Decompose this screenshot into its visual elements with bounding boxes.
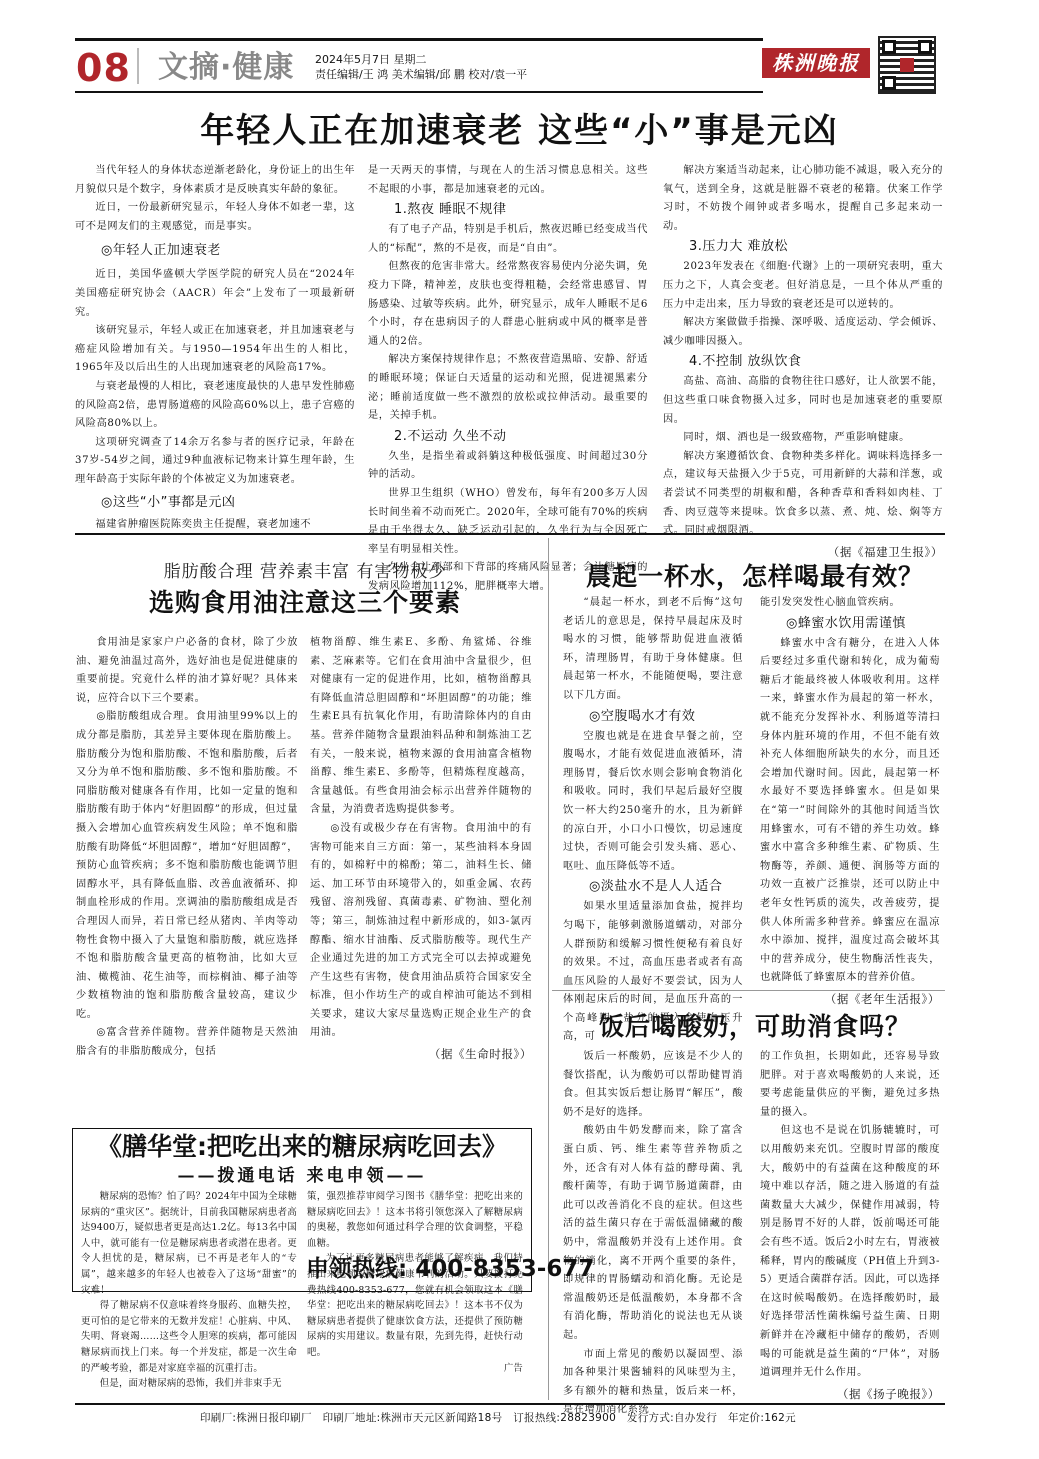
paragraph: 世界卫生组织（WHO）曾发布，每年有200多万人因长时间坐着不动而死亡。2020… (368, 485, 648, 559)
page-number: 08 (76, 44, 131, 92)
paragraph: 但这也不是说在饥肠辘辘时，可以用酸奶来充饥。空腹时胃部的酸度大，酸奶中的有益菌在… (760, 1122, 940, 1382)
newspaper-logo: 株洲晚报 (762, 48, 870, 78)
article-1-column-1: 当代年轻人的身体状态逆渐老龄化，身份证上的出生年月貌似只是个数字，身体素质才是反… (75, 162, 355, 534)
subheading: ◎空腹喝水才有效 (563, 706, 743, 728)
article-1-column-3: 解决方案适当动起来，让心肺功能不减退，吸入充分的氧气，送到全身，这就是脏器不衰老… (663, 162, 943, 563)
article-1-column-2: 是一天两天的事情，与现在人的生活习惯息息相关。这些不起眼的小事，都是加速衰老的元… (368, 162, 648, 596)
paragraph: 解决方案遵循饮食、食物种类多样化。调味料选择多一点，建议每天盐摄入少于5克，可用… (663, 448, 943, 541)
paragraph: ◎富含营养伴随物。营养伴随物是天然油脂含有的非脂肪酸成分，包括 (76, 1024, 298, 1061)
section-divider (552, 990, 945, 991)
paragraph: “晨起一杯水，到老不后悔”这句老话儿的意思是，保持早晨起床及时喝水的习惯，能够帮… (563, 594, 743, 706)
paragraph: 解决方案做做手指操、深呼吸、适度运动、学会倾诉、减少咖啡因摄入。 (663, 314, 943, 351)
subheading: 3.压力大 难放松 (663, 236, 943, 258)
masthead-meta: 2024年5月7日 星期二 责任编辑/王 鸿 美术编辑/邱 鹏 校对/袁一平 (315, 52, 527, 82)
ad-column-1: 糖尿病的恐怖？怕了吗？2024年中国为全球糖尿病的“重灾区”。据统计，目前我国糖… (81, 1189, 297, 1392)
subheading: 2.不运动 久坐不动 (368, 426, 648, 448)
article-source: （据《老年生活报》） (760, 988, 940, 1010)
paragraph: 这项研究调查了14余万名参与者的医疗记录，年龄在37岁-54岁之间，通过9种血液… (75, 434, 355, 490)
subheading: ◎淡盐水不是人人适合 (563, 876, 743, 898)
paragraph: 同时，烟、酒也是一级致癌物，严重影响健康。 (663, 429, 943, 448)
article-source: （据《扬子晚报》） (760, 1383, 940, 1405)
paragraph: 解决方案保持规律作息；不熬夜营造黑暗、安静、舒适的睡眠环境；保证白天适量的运动和… (368, 351, 648, 425)
paragraph: 饭后一杯酸奶，应该是不少人的餐饮搭配，认为酸奶可以帮助健胃消食。但其实饭后想让肠… (563, 1048, 743, 1122)
subheading: 1.熬夜 睡眠不规律 (368, 199, 648, 221)
article-3-column-2: 能引发突发性心脑血管疾病。 ◎蜂蜜水饮用需谨慎 蜂蜜水中含有糖分，在进入人体后要… (760, 594, 940, 1010)
hotline-number[interactable]: 申领热线: 400-8353-677 (306, 1252, 528, 1286)
article-2-kicker: 脂肪酸合理 营养素丰富 有害物极少 (75, 560, 535, 584)
paragraph: 食用油是家家户户必备的食材，除了少放油、避免油温过高外，选好油也是促进健康的重要… (76, 634, 298, 708)
paragraph: 但是，面对糖尿病的恐怖，我们并非束手无 (81, 1376, 297, 1392)
paragraph: 福建省肿瘤医院陈奕贵主任提醒，衰老加速不 (75, 516, 355, 535)
paragraph: 久坐，是指坐着或斜躺这种极低强度、时间超过30分钟的活动。 (368, 448, 648, 485)
subheading: ◎年轻人正加速衰老 (75, 240, 355, 262)
paragraph: 糖尿病的恐怖？怕了吗？2024年中国为全球糖尿病的“重灾区”。据统计，目前我国糖… (81, 1189, 297, 1298)
paragraph: 策，强烈推荐审阅学习图书《膳华堂：把吃出来的糖尿病吃回去》！这本书将引领您深入了… (307, 1189, 523, 1251)
paragraph: 得了糖尿病不仅意味着终身服药、血糖失控，更可怕的是它带来的无数并发症！心脏病、中… (81, 1298, 297, 1376)
paragraph: 空腹也就是在进食早餐之前，空腹喝水，才能有效促进血液循环，清理肠胃，餐后饮水则会… (563, 728, 743, 877)
article-source: （据《生命时报》） (310, 1043, 532, 1065)
paragraph: ◎没有或极少存在有害物。食用油中的有害物可能来自三方面：第一，某些油料本身固有的… (310, 820, 532, 1043)
section-title: 文摘·健康 (158, 46, 294, 90)
paragraph: 能引发突发性心脑血管疾病。 (760, 594, 940, 613)
editor-credits: 责任编辑/王 鸿 美术编辑/邱 鹏 校对/袁一平 (315, 67, 527, 82)
paragraph: 是一天两天的事情，与现在人的生活习惯息息相关。这些不起眼的小事，都是加速衰老的元… (368, 162, 648, 199)
paragraph: 该研究显示，年轻人或正在加速衰老，并且加速衰老与癌症风险增加有关。与1950—1… (75, 322, 355, 378)
article-2-column-2: 植物甾醇、维生素E、多酚、角鲨烯、谷维素、芝麻素等。它们在食用油中含量很少，但对… (310, 634, 532, 1065)
subheading: 4.不控制 放纵饮食 (663, 351, 943, 373)
paragraph: ◎脂肪酸组成合理。食用油里99%以上的成分都是脂肪，其差异主要体现在脂肪酸上。脂… (76, 708, 298, 1024)
article-3-column-1: “晨起一杯水，到老不后悔”这句老话儿的意思是，保持早晨起床及时喝水的习惯，能够帮… (563, 594, 743, 1047)
footer-rule (75, 1403, 945, 1405)
ad-tag: 广告 (307, 1361, 523, 1377)
article-1-title: 年轻人正在加速衰老 这些“小”事是元凶 (0, 108, 1039, 154)
subheading: ◎这些“小”事都是元凶 (75, 492, 355, 514)
qr-code-icon[interactable] (878, 36, 936, 94)
paragraph: 2023年发表在《细胞·代谢》上的一项研究表明，重大压力之下，人真会变老。但好消… (663, 258, 943, 314)
paragraph: 但熬夜的危害非常大。经常熬夜容易使内分泌失调，免疫力下降，精神差，皮肤也变得粗糙… (368, 258, 648, 351)
issue-date: 2024年5月7日 星期二 (315, 52, 527, 67)
paragraph: 有了电子产品，特别是手机后，熬夜迟睡已经变成当代人的“标配”，熬的不是夜，而是“… (368, 221, 648, 258)
paragraph: 近日，美国华盛顿大学医学院的研究人员在“2024年美国癌症研究协会（AACR）年… (75, 266, 355, 322)
paragraph: 市面上常见的酸奶以凝固型、添加各种果汁果酱辅料的风味型为主，多有额外的糖和热量，… (563, 1346, 743, 1420)
paragraph: 高盐、高油、高脂的食物往往口感好，让人欲罢不能，但这些重口味食物摄入过多，同时也… (663, 373, 943, 429)
section-divider (75, 533, 945, 535)
subheading: ◎蜂蜜水饮用需谨慎 (760, 613, 940, 635)
masthead-bottom-rule (75, 91, 763, 93)
paragraph: 解决方案适当动起来，让心肺功能不减退，吸入充分的氧气，送到全身，这就是脏器不衰老… (663, 162, 943, 236)
paragraph: 当代年轻人的身体状态逆渐老龄化，身份证上的出生年月貌似只是个数字，身体素质才是反… (75, 162, 355, 199)
article-2-column-1: 食用油是家家户户必备的食材，除了少放油、避免油温过高外，选好油也是促进健康的重要… (76, 634, 298, 1062)
paragraph: 近日，一份最新研究显示，年轻人身体不如老一辈，这可不是网友们的主观感觉，而是事实… (75, 199, 355, 236)
ad-title: 《膳华堂:把吃出来的糖尿病吃回去》 (73, 1129, 531, 1165)
paragraph: 蜂蜜水中含有糖分，在进入人体后要经过多重代谢和转化，成为葡萄糖后才能最终被人体吸… (760, 635, 940, 988)
print-info: 印刷厂:株洲日报印刷厂 印刷厂地址:株洲市天元区新闻路18号 订报热线:2882… (200, 1410, 796, 1425)
paragraph: 的工作负担，长期如此，还容易导致肥胖。对于喜欢喝酸奶的人来说，还要考虑能量供应的… (760, 1048, 940, 1122)
article-3-title: 晨起一杯水，怎样喝最有效？ (555, 560, 955, 594)
article-2-title: 选购食用油注意这三个要素 (75, 586, 535, 620)
article-4-column-1: 饭后一杯酸奶，应该是不少人的餐饮搭配，认为酸奶可以帮助健胃消食。但其实饭后想让肠… (563, 1048, 743, 1420)
paragraph: 植物甾醇、维生素E、多酚、角鲨烯、谷维素、芝麻素等。它们在食用油中含量很少，但对… (310, 634, 532, 820)
masthead-divider (137, 48, 139, 84)
article-4-title: 饭后喝酸奶，可助消食吗？ (555, 1010, 955, 1044)
ad-subtitle: ——拨通电话 来电申领—— (73, 1165, 531, 1187)
paragraph: 酸奶由牛奶发酵而来，除了富含蛋白质、钙、维生素等营养物质之外，还含有对人体有益的… (563, 1122, 743, 1345)
masthead-top-rule (75, 38, 763, 41)
article-4-column-2: 的工作负担，长期如此，还容易导致肥胖。对于喜欢喝酸奶的人来说，还要考虑能量供应的… (760, 1048, 940, 1405)
paragraph: 与衰老最慢的人相比，衰老速度最快的人患早发性肺癌的风险高2倍，患胃肠道癌的风险高… (75, 378, 355, 434)
